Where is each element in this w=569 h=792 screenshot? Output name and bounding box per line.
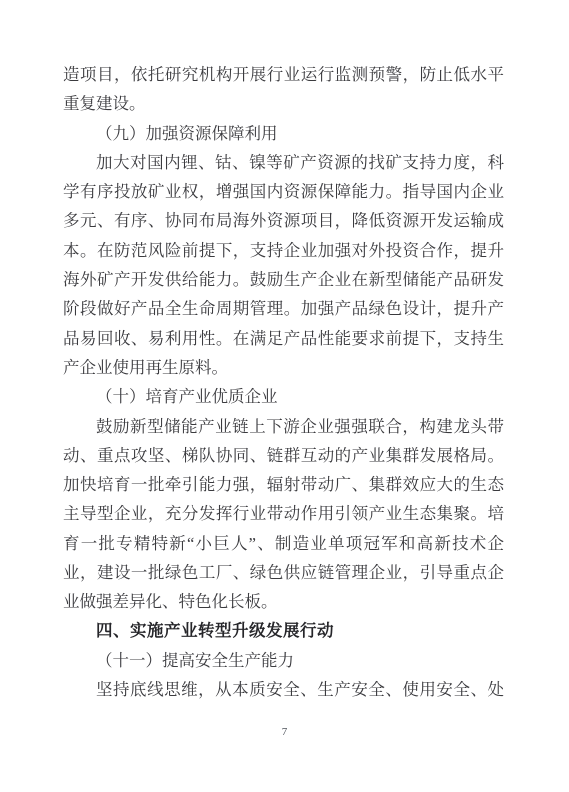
body-line: 多元、有序、协同布局海外资源项目，降低资源开发运输成 xyxy=(63,206,504,235)
document-page: 造项目，依托研究机构开展行业运行监测预警，防止低水平 重复建设。 （九）加强资源… xyxy=(0,0,569,792)
body-line-paragraph-end: 重复建设。 xyxy=(63,89,504,118)
body-line: 学有序投放矿业权，增强国内资源保障能力。指导国内企业 xyxy=(63,177,504,206)
body-line-paragraph-end: 产企业使用再生原料。 xyxy=(63,353,504,382)
body-line-paragraph-start: 鼓励新型储能产业链上下游企业强强联合，构建龙头带 xyxy=(63,412,504,441)
section-heading-ten: （十）培育产业优质企业 xyxy=(63,382,504,411)
body-line: 动、重点攻坚、梯队协同、链群互动的产业集群发展格局。 xyxy=(63,441,504,470)
body-line: 业，建设一批绿色工厂、绿色供应链管理企业，引导重点企 xyxy=(63,558,504,587)
body-line: 育一批专精特新“小巨人”、制造业单项冠军和高新技术企 xyxy=(63,529,504,558)
body-line: 本。在防范风险前提下，支持企业加强对外投资合作，提升 xyxy=(63,236,504,265)
body-line-paragraph-end: 业做强差异化、特色化长板。 xyxy=(63,587,504,616)
body-line: 阶段做好产品全生命周期管理。加强产品绿色设计，提升产 xyxy=(63,294,504,323)
section-heading-eleven: （十一）提高安全生产能力 xyxy=(63,646,504,675)
body-line: 主导型企业，充分发挥行业带动作用引领产业生态集聚。培 xyxy=(63,499,504,528)
chapter-heading-four: 四、实施产业转型升级发展行动 xyxy=(63,617,504,646)
body-line: 品易回收、易利用性。在满足产品性能要求前提下，支持生 xyxy=(63,324,504,353)
page-number: 7 xyxy=(0,726,569,739)
body-line: 海外矿产开发供给能力。鼓励生产企业在新型储能产品研发 xyxy=(63,265,504,294)
body-line-paragraph-start: 坚持底线思维，从本质安全、生产安全、使用安全、处 xyxy=(63,675,504,704)
body-line-paragraph-start: 加大对国内锂、钴、镍等矿产资源的找矿支持力度，科 xyxy=(63,148,504,177)
body-line: 造项目，依托研究机构开展行业运行监测预警，防止低水平 xyxy=(63,60,504,89)
document-body: 造项目，依托研究机构开展行业运行监测预警，防止低水平 重复建设。 （九）加强资源… xyxy=(63,60,504,705)
section-heading-nine: （九）加强资源保障利用 xyxy=(63,119,504,148)
body-line: 加快培育一批牵引能力强，辐射带动广、集群效应大的生态 xyxy=(63,470,504,499)
